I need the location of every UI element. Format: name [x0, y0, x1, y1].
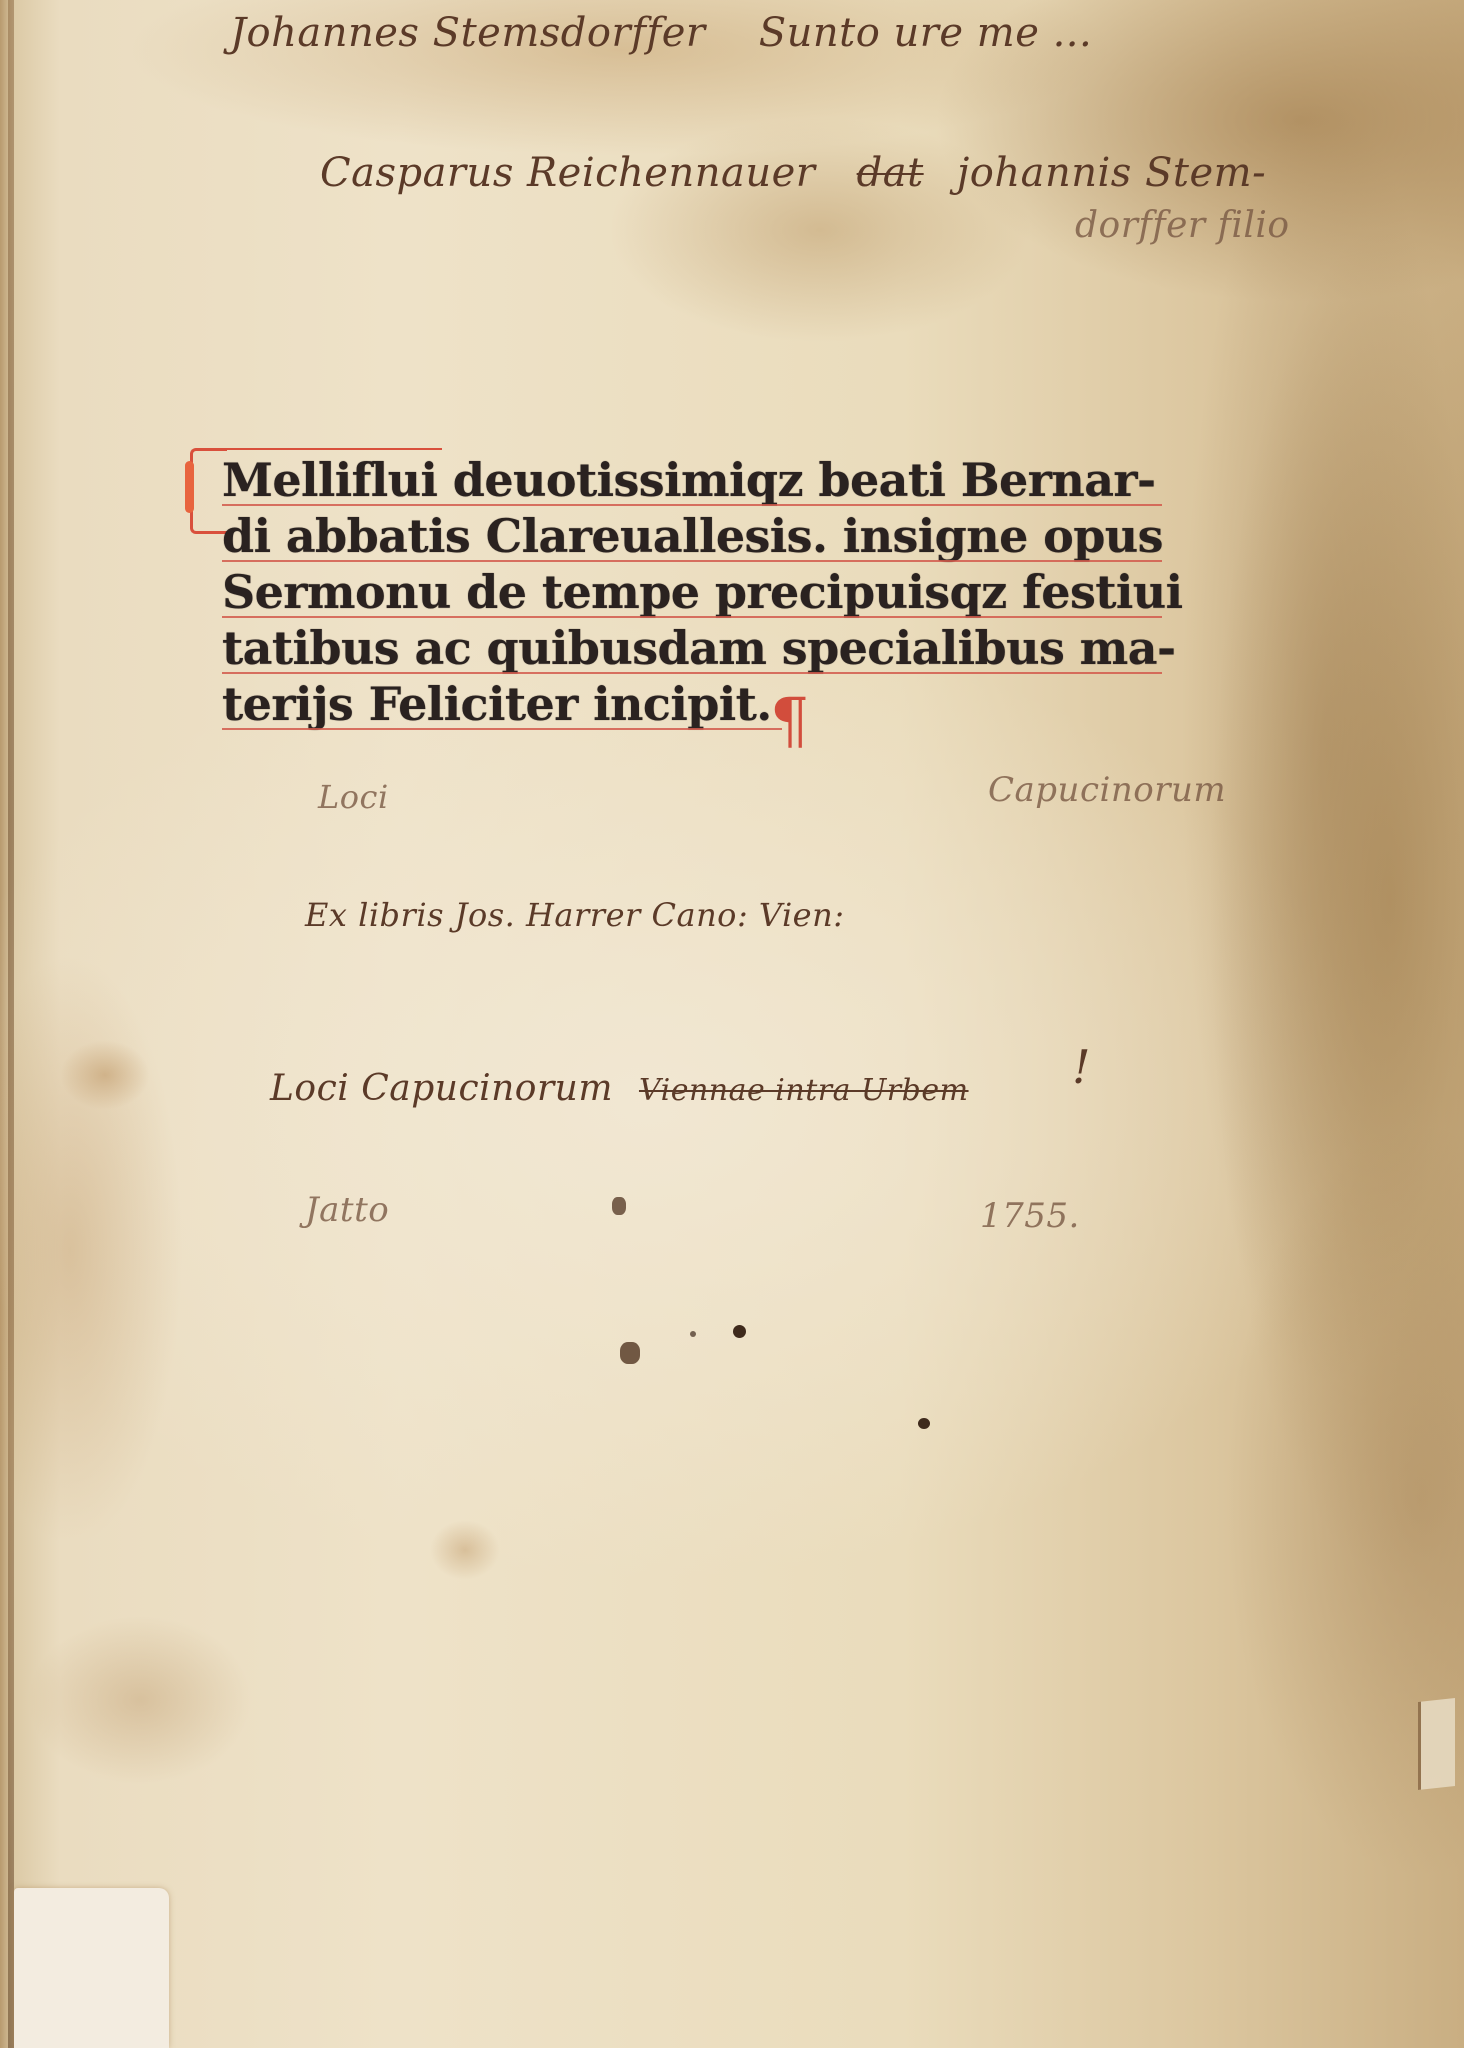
- owner-name-stemsdorffer: Johannes Stemsdorffer: [230, 10, 705, 56]
- ink-dot: [918, 1418, 930, 1429]
- provenance-mark: !: [1072, 1040, 1091, 1094]
- inscription-line-3: dorffer filio: [1075, 205, 1290, 246]
- water-stain: [430, 1520, 500, 1580]
- title-line-4: tatibus ac quibusdam specialibus ma-: [222, 620, 1162, 676]
- provenance-struck-line: Loci Capucinorum Viennae intra Urbem: [270, 1068, 969, 1109]
- provenance-ex-libris: Ex libris Jos. Harrer Cano: Vien:: [305, 896, 845, 934]
- rubricated-flourish: [222, 448, 442, 450]
- rubricated-paragraph-mark: ¶: [770, 690, 809, 752]
- title-line-1: Melliflui deuotissimiqz beati Bernar-: [222, 452, 1162, 508]
- ink-stain: [612, 1197, 626, 1215]
- paper-tab: [1418, 1698, 1455, 1790]
- inscription-johannis: johannis Stem-: [957, 150, 1266, 196]
- provenance-year: 1755.: [980, 1196, 1080, 1236]
- struck-loci-capucinorum: Loci Capucinorum: [270, 1068, 613, 1109]
- title-line-5: terijs Feliciter incipit.: [222, 676, 782, 732]
- red-underline: [222, 504, 1162, 506]
- provenance-catalog-mark: Jatto: [305, 1190, 389, 1230]
- red-underline: [222, 616, 1162, 618]
- title-line-3: Sermonu de tempe precipuisqz festiui: [222, 564, 1162, 620]
- faded-inscription: Sunto ure me ...: [759, 10, 1093, 56]
- ink-dot: [690, 1331, 696, 1337]
- inscription-line-2: Casparus Reichennauer dat johannis Stem-: [320, 150, 1266, 196]
- water-stain: [1180, 90, 1464, 1390]
- ink-stain: [620, 1342, 640, 1364]
- library-label-remnant: [14, 1888, 169, 2048]
- binding-gutter: [8, 0, 14, 2048]
- red-underline: [222, 672, 1162, 674]
- water-stain: [60, 1040, 150, 1110]
- printed-title: Melliflui deuotissimiqz beati Bernar- di…: [222, 452, 1162, 732]
- inscription-filio: dorffer filio: [1075, 205, 1290, 246]
- provenance-loci: Loci: [318, 778, 389, 816]
- red-underline: [222, 560, 1162, 562]
- red-underline: [222, 728, 782, 730]
- inscription-line-1: Johannes Stemsdorffer Sunto ure me ...: [230, 10, 1092, 56]
- provenance-capucinorum: Capucinorum: [988, 770, 1226, 810]
- struck-word: dat: [857, 150, 924, 196]
- manuscript-page: Johannes Stemsdorffer Sunto ure me ... C…: [0, 0, 1464, 2048]
- ink-dot: [733, 1325, 746, 1338]
- struck-viennae: Viennae intra Urbem: [639, 1073, 969, 1108]
- title-line-2: di abbatis Clareuallesis. insigne opus: [222, 508, 1162, 564]
- owner-name-reichennauer: Casparus Reichennauer: [320, 150, 815, 196]
